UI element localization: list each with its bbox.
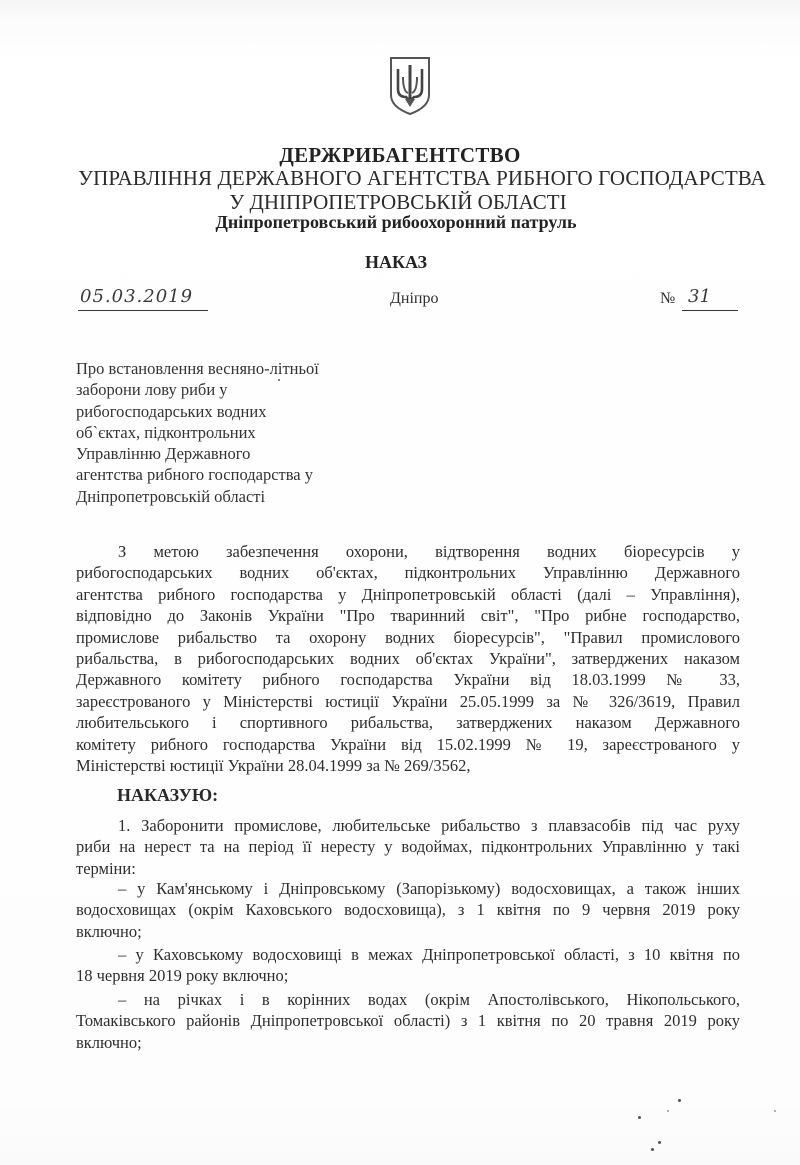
scan-speck: [278, 379, 280, 381]
order-subitem-1: – у Кам'янському і Дніпровському (Запорі…: [76, 878, 740, 942]
preamble-paragraph: З метою забезпечення охорони, відтворенн…: [76, 541, 740, 776]
department-name: УПРАВЛІННЯ ДЕРЖАВНОГО АГЕНТСТВА РИБНОГО …: [22, 166, 800, 191]
order-subitem-3: – на річках і в корінних водах (окрім Ап…: [76, 989, 740, 1053]
scan-speck: [638, 1116, 641, 1119]
paragraph-line: зареєстрованого у Міністерстві юстиції У…: [76, 691, 740, 712]
paragraph-line: промислове рибальство та охорону водних …: [76, 627, 740, 648]
subject-line: Про встановлення весняно-літньої: [76, 358, 376, 379]
number-sign: №: [660, 290, 675, 308]
paragraph-line: 1. Заборонити промислове, любительське р…: [76, 815, 740, 836]
paragraph-line: включно;: [76, 1032, 740, 1053]
subject-line: заборони лову риби у: [76, 379, 376, 400]
paragraph-line: Державного комітету рибного господарства…: [76, 669, 740, 690]
paragraph-line: Міністерстві юстиції України 28.04.1999 …: [76, 755, 740, 776]
paragraph-line: Томаківського районів Дніпропетровської …: [76, 1010, 740, 1031]
order-subitem-2: – у Каховському водосховищі в межах Дніп…: [76, 944, 740, 987]
subject-line: агентства рибного господарства у: [76, 464, 376, 485]
paragraph-line: терміни:: [76, 858, 740, 879]
document-date: 05.03.2019: [78, 286, 208, 311]
document-meta-row: 05.03.2019 Дніпро № 31: [78, 286, 740, 316]
paragraph-line: відповідно до Законів України "Про твари…: [76, 605, 740, 626]
paragraph-line: включно;: [76, 921, 740, 942]
paragraph-line: риби на нерест та на період її нересту у…: [76, 836, 740, 857]
scan-speck: [667, 1110, 669, 1112]
subject-line: Дніпропетровській області: [76, 486, 376, 507]
paragraph-line: комітету рибного господарства України ві…: [76, 734, 740, 755]
paragraph-line: агентства рибного господарства у Дніпроп…: [76, 584, 740, 605]
scan-speck: [774, 1110, 776, 1112]
paragraph-line: любительського і спортивного рибальства,…: [76, 712, 740, 733]
paragraph-line: – у Кам'янському і Дніпровському (Запорі…: [76, 878, 740, 899]
paragraph-line: – на річках і в корінних водах (окрім Ап…: [76, 989, 740, 1010]
document-number: № 31: [660, 288, 740, 312]
number-value: 31: [682, 286, 738, 311]
paragraph-line: водосховищах (окрім Каховського водосхов…: [76, 899, 740, 920]
paragraph-line: 18 червня 2019 року включно;: [76, 965, 740, 986]
paragraph-line: рибальства, в рибогосподарських водних о…: [76, 648, 740, 669]
subject-line: рибогосподарських водних: [76, 401, 376, 422]
document-city: Дніпро: [390, 290, 438, 308]
paragraph-line: рибогосподарських водних об'єктах, підко…: [76, 562, 740, 583]
document-type: НАКАЗ: [0, 252, 796, 273]
scan-speck: [678, 1099, 681, 1102]
order-item-1: 1. Заборонити промислове, любительське р…: [76, 815, 740, 879]
subject-line: Управлінню Державного: [76, 443, 376, 464]
unit-name: Дніпропетровський рибоохоронний патруль: [0, 212, 796, 233]
subject-line: об`єктах, підконтрольних: [76, 422, 376, 443]
order-heading: НАКАЗУЮ:: [117, 785, 218, 806]
coat-of-arms-icon: [387, 55, 433, 117]
paragraph-line: – у Каховському водосховищі в межах Дніп…: [76, 944, 740, 965]
scan-speck: [658, 1141, 661, 1144]
document-subject: Про встановлення весняно-літньої заборон…: [76, 358, 376, 507]
agency-name: ДЕРЖРИБАГЕНТСТВО: [0, 143, 800, 168]
document-page: ДЕРЖРИБАГЕНТСТВО УПРАВЛІННЯ ДЕРЖАВНОГО А…: [0, 0, 800, 1165]
paragraph-line: З метою забезпечення охорони, відтворенн…: [76, 541, 740, 562]
scan-speck: [651, 1148, 654, 1151]
